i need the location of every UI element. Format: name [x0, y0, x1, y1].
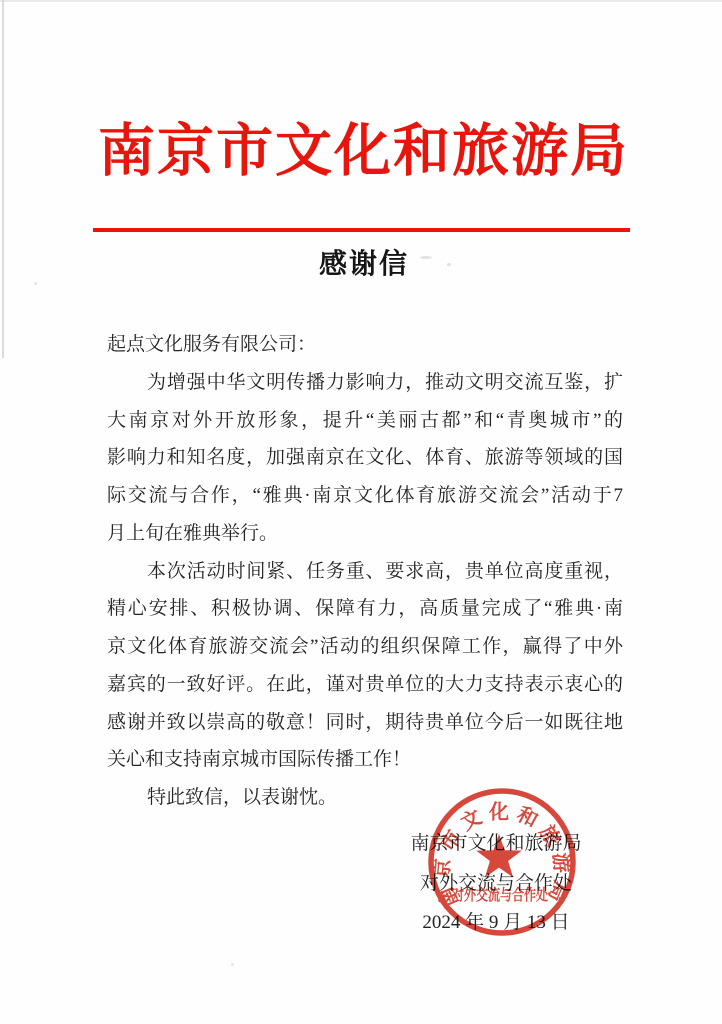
- scan-speck: [231, 963, 234, 966]
- body-line: 大南京对外开放形象，提升“美丽古都”和“青奥城市”的: [107, 402, 623, 440]
- signature-line: 2024 年 9 月 13 日: [400, 903, 592, 943]
- body-line: 际交流与合作，“雅典·南京文化体育旅游交流会”活动于7: [107, 477, 623, 515]
- letter-body: 起点文化服务有限公司：为增强中华文明传播力影响力，推动文明交流互鉴，扩大南京对外…: [107, 326, 623, 817]
- body-line: 为增强中华文明传播力影响力，推动文明交流互鉴，扩: [107, 364, 623, 402]
- signature-line: 对外交流与合作处: [400, 864, 592, 904]
- body-line: 特此致信，以表谢忱。: [107, 779, 623, 817]
- signature-block: 南京市文化和旅游局对外交流与合作处2024 年 9 月 13 日: [400, 824, 592, 943]
- body-line: 本次活动时间紧、任务重、要求高，贵单位高度重视，: [107, 553, 623, 591]
- body-line: 京文化体育旅游交流会”活动的组织保障工作，赢得了中外: [107, 628, 623, 666]
- letter-title: 感谢信: [107, 249, 621, 281]
- scan-edge-top: [0, 0, 722, 2]
- body-line: 嘉宾的一致好评。在此，谨对贵单位的大力支持表示衷心的: [107, 666, 623, 704]
- scan-edge-left: [2, 0, 4, 358]
- signature-line: 南京市文化和旅游局: [400, 824, 592, 864]
- body-line: 精心安排、积极协调、保障有力，高质量完成了“雅典·南: [107, 590, 623, 628]
- letterhead-separator-line: [93, 228, 630, 232]
- body-line: 影响力和知名度，加强南京在文化、体育、旅游等领域的国: [107, 439, 623, 477]
- scan-speck: [34, 282, 37, 285]
- body-line: 感谢并致以崇高的敬意！同时，期待贵单位今后一如既往地: [107, 704, 623, 742]
- body-line: 起点文化服务有限公司：: [107, 326, 623, 364]
- scanned-letter-page: 南京市文化和旅游局 感谢信 起点文化服务有限公司：为增强中华文明传播力影响力，推…: [0, 0, 722, 1024]
- letterhead-org-name: 南京市文化和旅游局: [95, 118, 632, 186]
